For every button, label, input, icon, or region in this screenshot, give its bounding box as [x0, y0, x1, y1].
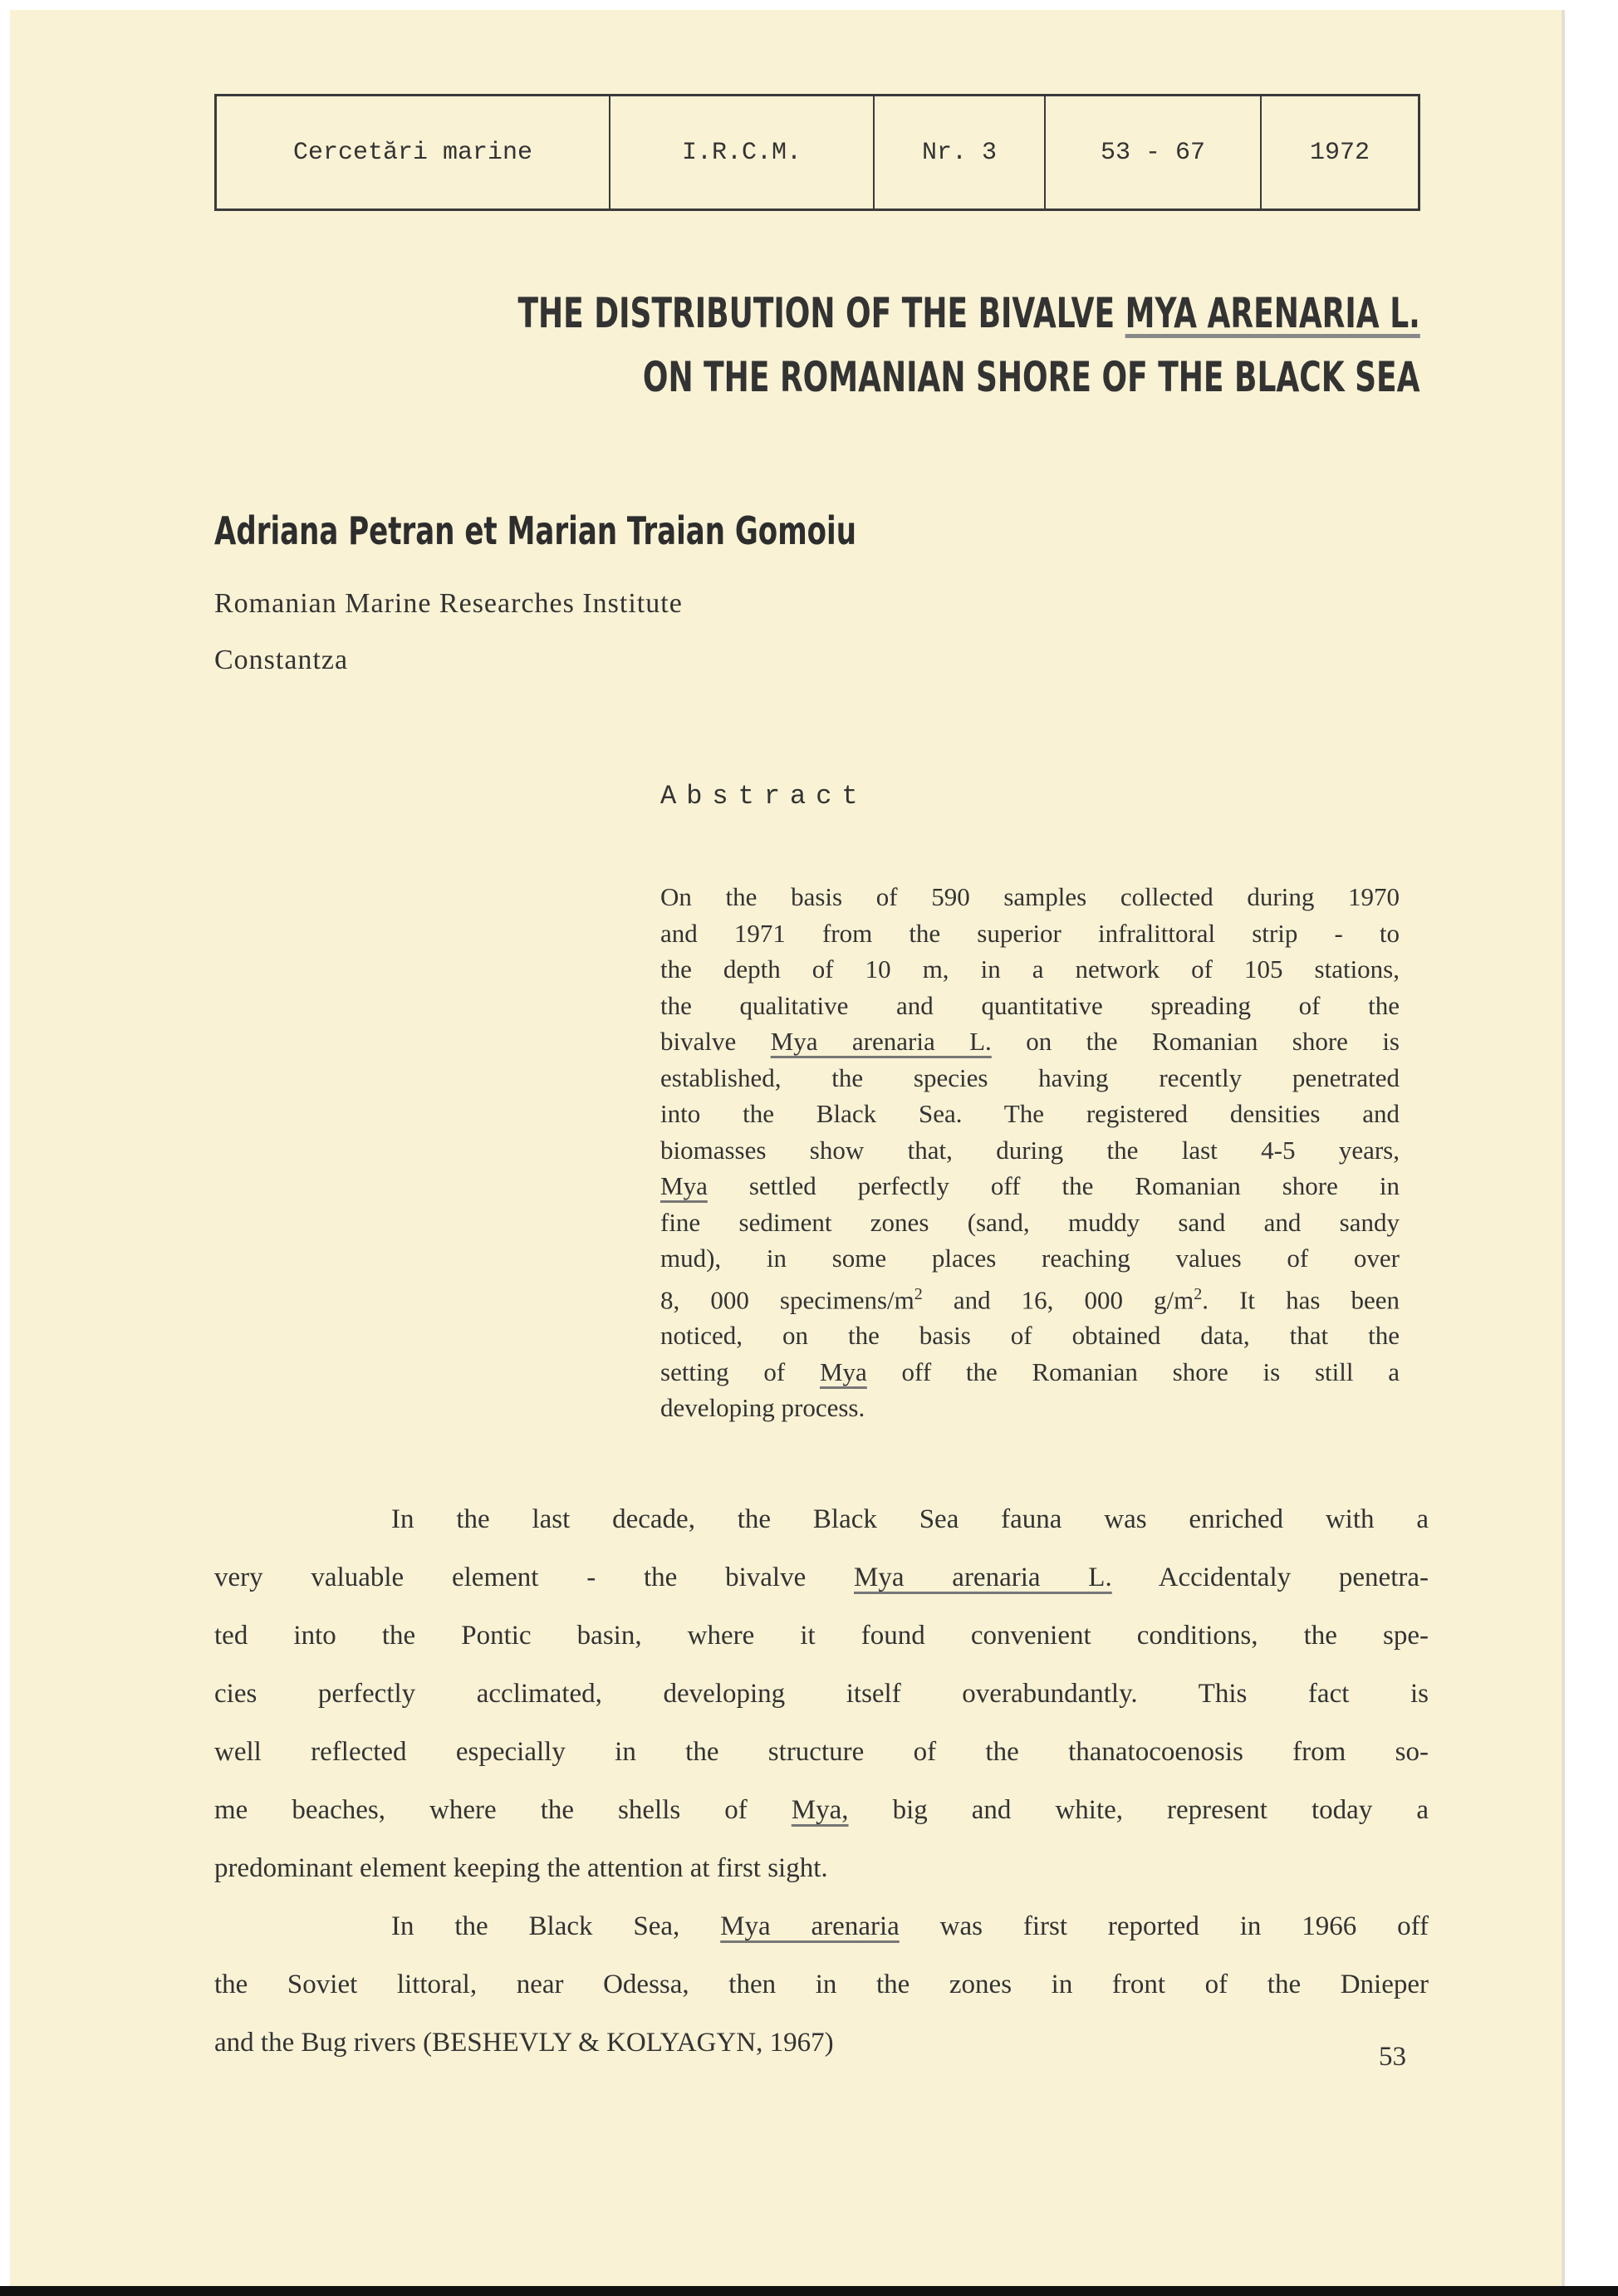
body-line: cies perfectly acclimated, developing it…: [214, 1665, 1429, 1723]
species-name: Mya: [820, 1357, 867, 1386]
abstract-line: Mya settled perfectly off the Romanian s…: [660, 1168, 1400, 1204]
abstract-line: the depth of 10 m, in a network of 105 s…: [660, 951, 1400, 988]
publication-year: 1972: [1262, 96, 1418, 209]
abstract-line: the qualitative and quantitative spreadi…: [660, 988, 1400, 1024]
scan-bottom-border: [0, 2286, 1618, 2296]
authors: Adriana Petran et Marian Traian Gomoiu: [214, 508, 856, 553]
abstract-line: developing process.: [660, 1390, 1400, 1426]
body-line: very valuable element - the bivalve Mya …: [214, 1548, 1429, 1607]
body-line: me beaches, where the shells of Mya, big…: [214, 1781, 1429, 1839]
affiliation-city: Constantza: [214, 645, 348, 676]
issue-number: Nr. 3: [875, 96, 1046, 209]
body-line: and the Bug rivers (BESHEVLY & KOLYAGYN,…: [214, 2014, 1429, 2072]
body-line: In the Black Sea, Mya arenaria was first…: [214, 1897, 1429, 1955]
species-name: Mya arenaria L.: [854, 1563, 1112, 1592]
abstract-line: mud), in some places reaching values of …: [660, 1240, 1400, 1277]
page-range: 53 - 67: [1046, 96, 1262, 209]
abstract-line: 8, 000 specimens/m2 and 16, 000 g/m2. It…: [660, 1277, 1400, 1318]
abstract-line: bivalve Mya arenaria L. on the Romanian …: [660, 1023, 1400, 1060]
abstract-line: fine sediment zones (sand, muddy sand an…: [660, 1204, 1400, 1241]
body-line: In the last decade, the Black Sea fauna …: [214, 1490, 1429, 1548]
body-line: well reflected especially in the structu…: [214, 1723, 1429, 1781]
abstract-heading: Abstract: [660, 781, 868, 812]
species-name: Mya arenaria L.: [771, 1027, 992, 1056]
abstract-line: into the Black Sea. The registered densi…: [660, 1096, 1400, 1132]
journal-name: Cercetări marine: [217, 96, 610, 209]
species-name: Mya: [660, 1171, 708, 1200]
body-line: predominant element keeping the attentio…: [214, 1839, 1429, 1897]
abstract-line: biomasses show that, during the last 4-5…: [660, 1132, 1400, 1169]
title-line-1: THE DISTRIBUTION OF THE BIVALVE MYA AREN…: [518, 289, 1420, 337]
main-body-text: In the last decade, the Black Sea fauna …: [214, 1490, 1429, 2072]
abstract-body: On the basis of 590 samples collected du…: [660, 879, 1400, 1426]
page-number: 53: [1379, 2042, 1406, 2073]
body-line: ted into the Pontic basin, where it foun…: [214, 1607, 1429, 1665]
abstract-line: noticed, on the basis of obtained data, …: [660, 1317, 1400, 1354]
species-name: Mya arenaria: [720, 1911, 900, 1941]
affiliation-institute: Romanian Marine Researches Institute: [214, 588, 683, 620]
abstract-line: setting of Mya off the Romanian shore is…: [660, 1354, 1400, 1391]
title-line-2: ON THE ROMANIAN SHORE OF THE BLACK SEA: [643, 353, 1420, 401]
abstract-line: On the basis of 590 samples collected du…: [660, 879, 1400, 915]
abstract-line: and 1971 from the superior infralittoral…: [660, 915, 1400, 952]
title-species: MYA ARENARIA L.: [1125, 289, 1420, 337]
abstract-line: established, the species having recently…: [660, 1060, 1400, 1096]
title-text: THE DISTRIBUTION OF THE BIVALVE: [518, 289, 1125, 337]
journal-header-box: Cercetări marine I.R.C.M. Nr. 3 53 - 67 …: [214, 94, 1420, 211]
species-name: Mya,: [792, 1795, 849, 1825]
body-line: the Soviet littoral, near Odessa, then i…: [214, 1955, 1429, 2014]
institute-abbrev: I.R.C.M.: [610, 96, 875, 209]
